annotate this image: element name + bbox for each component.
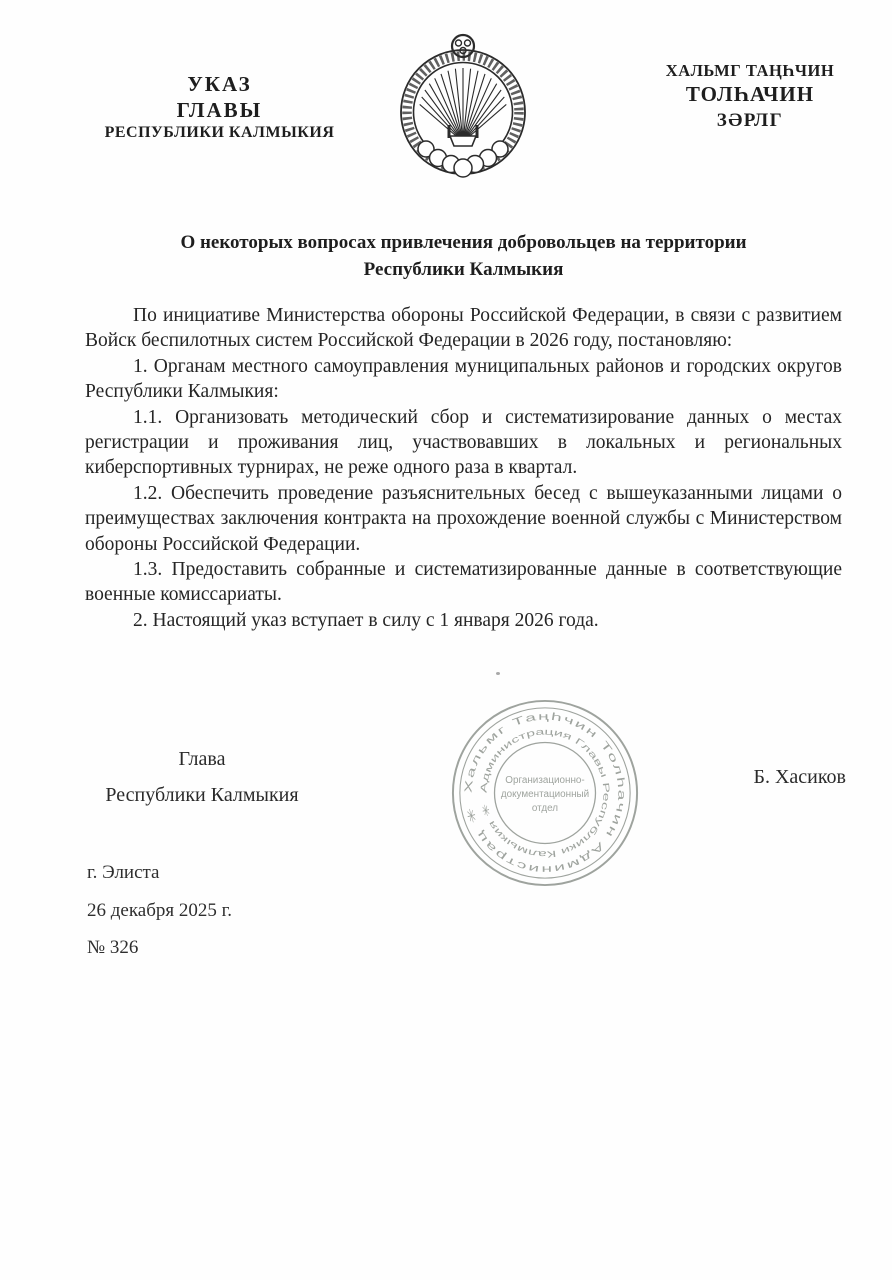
decree-title-line2: Республики Калмыкия xyxy=(85,256,842,283)
letterhead-ru-line3: РЕСПУБЛИКИ КАЛМЫКИЯ xyxy=(72,123,367,143)
letterhead-russian: УКАЗ ГЛАВЫ РЕСПУБЛИКИ КАЛМЫКИЯ xyxy=(72,72,367,143)
kalmykia-coat-of-arms-icon xyxy=(393,32,533,184)
decree-title: О некоторых вопросах привлечения доброво… xyxy=(85,229,842,283)
signatory-name: Б. Хасиков xyxy=(753,766,846,789)
scan-speck xyxy=(496,672,500,675)
issue-date: 26 декабря 2025 г. xyxy=(87,892,232,930)
body-paragraph-preamble: По инициативе Министерства обороны Росси… xyxy=(85,303,842,354)
document-page: УКАЗ ГЛАВЫ РЕСПУБЛИКИ КАЛМЫКИЯ xyxy=(0,0,892,1280)
body-paragraph-item1-3: 1.3. Предоставить собранные и систематиз… xyxy=(85,557,842,608)
signatory-post: Глава Республики Калмыкия xyxy=(84,741,320,813)
signatory-post-line2: Республики Калмыкия xyxy=(84,777,320,813)
stamp-center-line3: отдел xyxy=(532,803,558,814)
signatory-post-line1: Глава xyxy=(84,741,320,777)
body-paragraph-item1: 1. Органам местного самоуправления муниц… xyxy=(85,354,842,405)
decree-title-line1: О некоторых вопросах привлечения доброво… xyxy=(85,229,842,256)
official-round-stamp: Хальмг Таңһчин Толһачин Администрац ✳ Ад… xyxy=(446,694,644,892)
letterhead-ru-line1: УКАЗ xyxy=(72,72,367,98)
decree-number: № 326 xyxy=(87,929,232,967)
letterhead-ru-line2: ГЛАВЫ xyxy=(72,98,367,124)
letterhead-kalmyk-line2: ТОЛҺАЧИН xyxy=(622,81,878,108)
decree-body: По инициативе Министерства обороны Росси… xyxy=(85,303,842,633)
body-paragraph-item2: 2. Настоящий указ вступает в силу с 1 ян… xyxy=(85,608,842,633)
body-paragraph-item1-1: 1.1. Организовать методический сбор и си… xyxy=(85,405,842,481)
issue-place: г. Элиста xyxy=(87,854,232,892)
letterhead-kalmyk-line3: ЗӘРЛГ xyxy=(622,109,878,134)
decree-footer: г. Элиста 26 декабря 2025 г. № 326 xyxy=(87,854,232,967)
letterhead-kalmyk-line1: ХАЛЬМГ ТАҢҺЧИН xyxy=(622,60,878,81)
body-paragraph-item1-2: 1.2. Обеспечить проведение разъяснительн… xyxy=(85,481,842,557)
letterhead-kalmyk: ХАЛЬМГ ТАҢҺЧИН ТОЛҺАЧИН ЗӘРЛГ xyxy=(622,60,878,133)
stamp-center-line1: Организационно- xyxy=(505,775,584,786)
stamp-center-line2: документационный xyxy=(501,789,589,800)
